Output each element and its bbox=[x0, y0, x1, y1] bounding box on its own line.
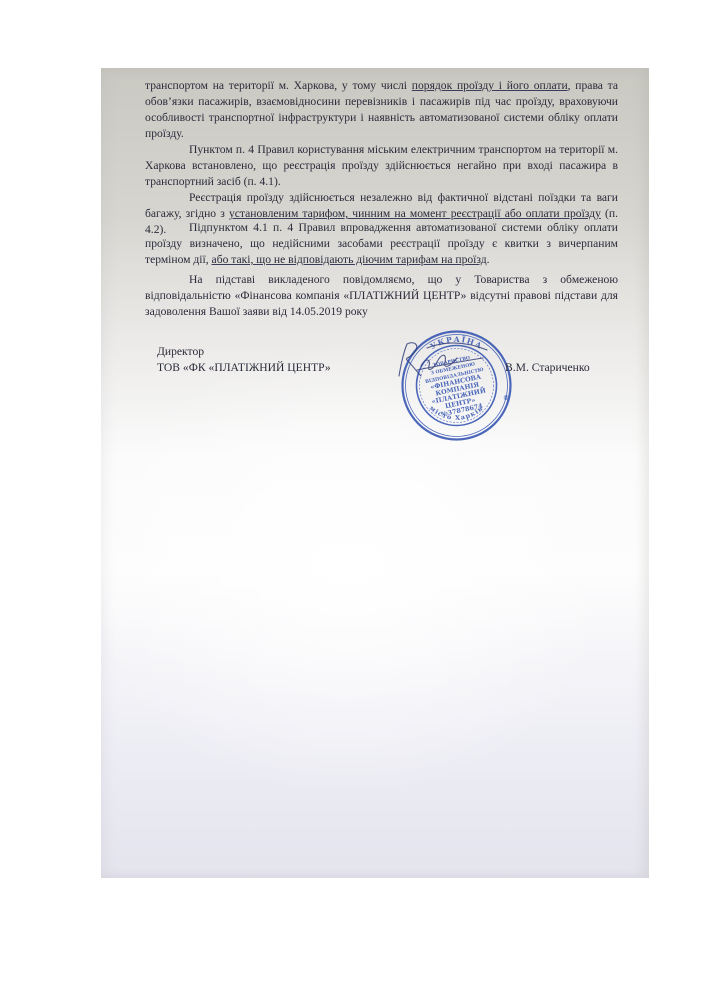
underlined-text: або такі, що не відповідають діючим тари… bbox=[212, 253, 487, 266]
svg-text:®: ® bbox=[503, 395, 509, 402]
text-segment: Пунктом п. 4 Правил користування міським… bbox=[145, 143, 618, 188]
paragraph-registration-clause-4-1: Пунктом п. 4 Правил користування міським… bbox=[145, 142, 618, 190]
paragraph-conclusion: На підставі викладеного повідомляємо, що… bbox=[145, 272, 618, 320]
paragraph-passenger-rules: транспортом на території м. Харкова, у т… bbox=[145, 78, 618, 142]
paragraph-body: Пунктом п. 4 Правил користування міським… bbox=[145, 142, 618, 190]
signature-block-left: Директор ТОВ «ФК «ПЛАТІЖНИЙ ЦЕНТР» bbox=[157, 344, 331, 376]
paragraph-body: На підставі викладеного повідомляємо, що… bbox=[145, 272, 618, 320]
text-segment: На підставі викладеного повідомляємо, що… bbox=[145, 273, 618, 318]
company-name: ТОВ «ФК «ПЛАТІЖНИЙ ЦЕНТР» bbox=[157, 360, 331, 376]
underlined-text: установленим тарифом, чинним на момент р… bbox=[229, 207, 601, 220]
scanned-letter-page: транспортом на території м. Харкова, у т… bbox=[101, 68, 649, 878]
paragraph-body: транспортом на території м. Харкова, у т… bbox=[145, 78, 618, 142]
text-segment: . bbox=[487, 253, 490, 266]
position-title: Директор bbox=[157, 344, 331, 360]
text-segment: транспортом на території м. Харкова, у т… bbox=[145, 79, 412, 92]
paragraph-body: Підпунктом 4.1 п. 4 Правил впровадження … bbox=[145, 220, 618, 268]
handwritten-signature-icon bbox=[387, 336, 497, 386]
underlined-text: порядок проїзду і його оплати bbox=[412, 79, 568, 92]
signatory-name: В.М. Стариченко bbox=[505, 360, 590, 376]
paragraph-invalid-tickets: Підпунктом 4.1 п. 4 Правил впровадження … bbox=[145, 220, 618, 268]
